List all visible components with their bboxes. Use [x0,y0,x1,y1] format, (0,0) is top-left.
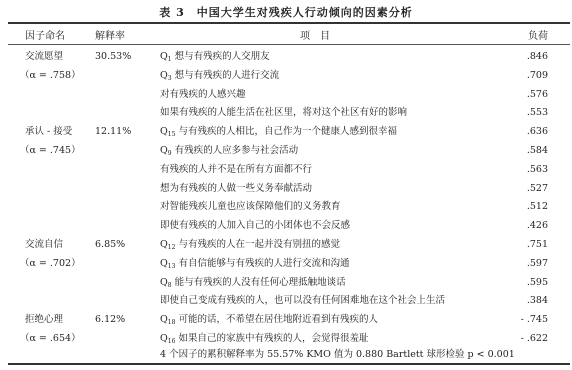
factor-variance: 6.12% [95,314,125,326]
header-rule [8,44,570,45]
factor-alpha: （α = .702） [20,258,81,270]
table-row-item: 即使有残疾的人加入自己的小团体也不会反感 [160,220,350,232]
item-code-subscript: 12 [168,244,176,251]
item-code: Q [160,314,168,325]
item-text: 可能的话，不希望在居住地附近看到有残疾的人 [178,314,378,325]
item-loading: .636 [508,126,548,138]
table-row-item: 想为有残疾的人做一些义务奉献活动 [160,183,312,195]
item-text: 能与有残疾的人没有任何心理抵触地谈话 [175,277,346,288]
header-loading: 负荷 [528,27,548,42]
table-row-item: 对有残疾的人感兴趣 [160,89,246,101]
table-footer: 4 个因子的累积解释率为 55.57% KMO 值为 0.880 Bartlet… [160,349,515,361]
table-row-item: Q18 可能的话，不希望在居住地附近看到有残疾的人 [160,314,378,329]
item-code: Q [160,70,168,81]
item-text: 想为有残疾的人做一些义务奉献活动 [160,183,312,194]
item-loading: .527 [508,183,548,195]
item-text: 对有残疾的人感兴趣 [160,89,246,100]
item-text: 即使自己变成有残疾的人，也可以没有任何困难地在这个社会上生活 [160,295,445,306]
table-title: 表 3 中国大学生对残疾人行动倾向的因素分析 [0,4,572,20]
table-row-item: Q9 有残疾的人应多参与社会活动 [160,145,298,160]
item-text: 如果自己的家族中有残疾的人，会觉得很羞耻 [178,333,368,344]
table-row-item: Q8 能与有残疾的人没有任何心理抵触地谈话 [160,277,346,292]
top-rule [8,22,570,24]
factor-alpha: （α = .654） [20,333,81,345]
factor-name: 承认 - 接受 [25,126,72,138]
factor-alpha: （α = .745） [20,145,81,157]
item-text: 有残疾的人并不是在所有方面都不行 [160,164,312,175]
table-row-item: 如果有残疾的人能生活在社区里，将对这个社区有好的影响 [160,107,407,119]
item-code-subscript: 13 [168,263,176,270]
factor-variance: 30.53% [95,51,131,63]
item-code: Q [160,333,168,344]
item-loading: .563 [508,164,548,176]
item-text: 想与有残疾的人交朋友 [175,51,270,62]
item-loading: .384 [508,295,548,307]
table-row-item: Q13 有自信能够与有残疾的人进行交流和沟通 [160,258,349,273]
item-code-subscript: 3 [168,75,172,82]
item-loading: .597 [508,258,548,270]
item-code-subscript: 15 [168,131,176,138]
table-row-item: Q15 与有残疾的人相比，自己作为一个健康人感到很幸福 [160,126,397,141]
item-code-subscript: 16 [168,338,176,345]
item-text: 有残疾的人应多参与社会活动 [175,145,299,156]
item-loading: .709 [508,70,548,82]
header-variance: 解释率 [95,27,125,42]
table-row-item: Q3 想与有残疾的人进行交流 [160,70,279,85]
header-item: 项 目 [300,27,330,42]
item-loading: - .745 [508,314,548,326]
table-row-item: Q12 与有残疾的人在一起并没有别扭的感觉 [160,239,340,254]
bottom-rule [8,363,570,365]
item-text: 对智能残疾儿童也应该保障他们的义务教育 [160,201,341,212]
item-loading: .584 [508,145,548,157]
item-code: Q [160,258,168,269]
item-text: 有自信能够与有残疾的人进行交流和沟通 [178,258,349,269]
factor-alpha: （α = .758） [20,70,81,82]
table-row-item: Q1 想与有残疾的人交朋友 [160,51,270,66]
factor-name: 交流自信 [25,239,63,251]
item-code-subscript: 18 [168,319,176,326]
item-code: Q [160,277,168,288]
item-code: Q [160,239,168,250]
item-loading: .751 [508,239,548,251]
factor-variance: 6.85% [95,239,125,251]
item-code-subscript: 8 [168,282,172,289]
table-row-item: 有残疾的人并不是在所有方面都不行 [160,164,312,176]
item-code: Q [160,145,168,156]
item-loading: .576 [508,89,548,101]
item-text: 与有残疾的人相比，自己作为一个健康人感到很幸福 [178,126,397,137]
item-loading: .595 [508,277,548,289]
item-loading: .426 [508,220,548,232]
item-code-subscript: 1 [168,56,172,63]
item-code: Q [160,51,168,62]
item-text: 与有残疾的人在一起并没有别扭的感觉 [178,239,340,250]
item-code: Q [160,126,168,137]
item-text: 想与有残疾的人进行交流 [175,70,280,81]
item-text: 即使有残疾的人加入自己的小团体也不会反感 [160,220,350,231]
factor-name: 交流愿望 [25,51,63,63]
item-code-subscript: 9 [168,150,172,157]
header-factor: 因子命名 [25,27,65,42]
factor-name: 拒绝心理 [25,314,63,326]
item-loading: .512 [508,201,548,213]
item-loading: - .622 [508,333,548,345]
factor-variance: 12.11% [95,126,131,138]
item-text: 如果有残疾的人能生活在社区里，将对这个社区有好的影响 [160,107,407,118]
table-row-item: 对智能残疾儿童也应该保障他们的义务教育 [160,201,341,213]
item-loading: .553 [508,107,548,119]
item-loading: .846 [508,51,548,63]
table-row-item: Q16 如果自己的家族中有残疾的人，会觉得很羞耻 [160,333,368,348]
table-row-item: 即使自己变成有残疾的人，也可以没有任何困难地在这个社会上生活 [160,295,445,307]
